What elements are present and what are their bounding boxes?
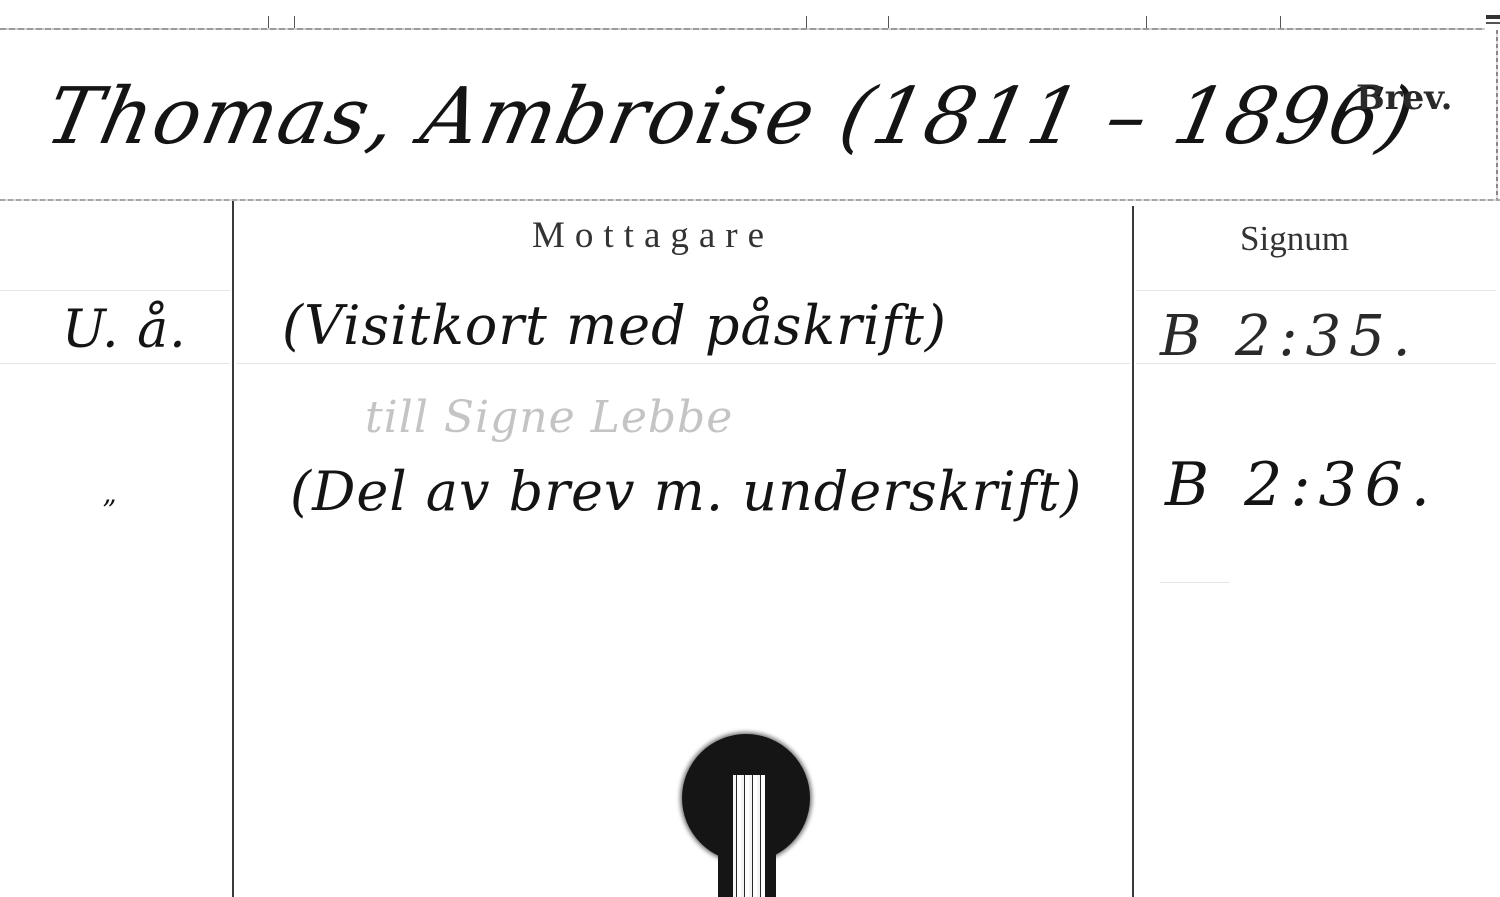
entry-signum: B 2:36.: [1165, 450, 1438, 520]
edge-mark: [1486, 22, 1500, 24]
entry-date: U. å.: [62, 300, 187, 360]
row-guide: [1160, 582, 1230, 583]
row-guide: [0, 290, 230, 291]
filing-rod-icon: [733, 775, 765, 897]
recipient-column-header: Mottagare: [532, 214, 774, 257]
entry-recipient: (Visitkort med påskrift): [282, 294, 947, 357]
row-guide: [1136, 290, 1496, 291]
header-divider: [0, 199, 1500, 201]
document-type-label: Brev.: [1356, 78, 1452, 118]
signum-column-header: Signum: [1240, 219, 1349, 259]
card-top-edge: [0, 0, 1500, 30]
card-name-heading: Thomas, Ambroise (1811 – 1896): [38, 72, 1423, 162]
entry-date-ditto: ”: [102, 494, 117, 527]
entry-recipient: (Del av brev m. underskrift): [290, 460, 1082, 523]
entry-signum: B 2:35.: [1160, 304, 1419, 369]
card-right-edge: [1496, 30, 1498, 200]
column-divider-date: [232, 201, 234, 897]
column-divider-signum: [1132, 206, 1134, 897]
row-guide: [236, 363, 1130, 364]
entry-pencil-note: till Signe Lebbe: [365, 392, 733, 443]
row-guide: [0, 363, 230, 364]
edge-mark: [1486, 15, 1500, 19]
